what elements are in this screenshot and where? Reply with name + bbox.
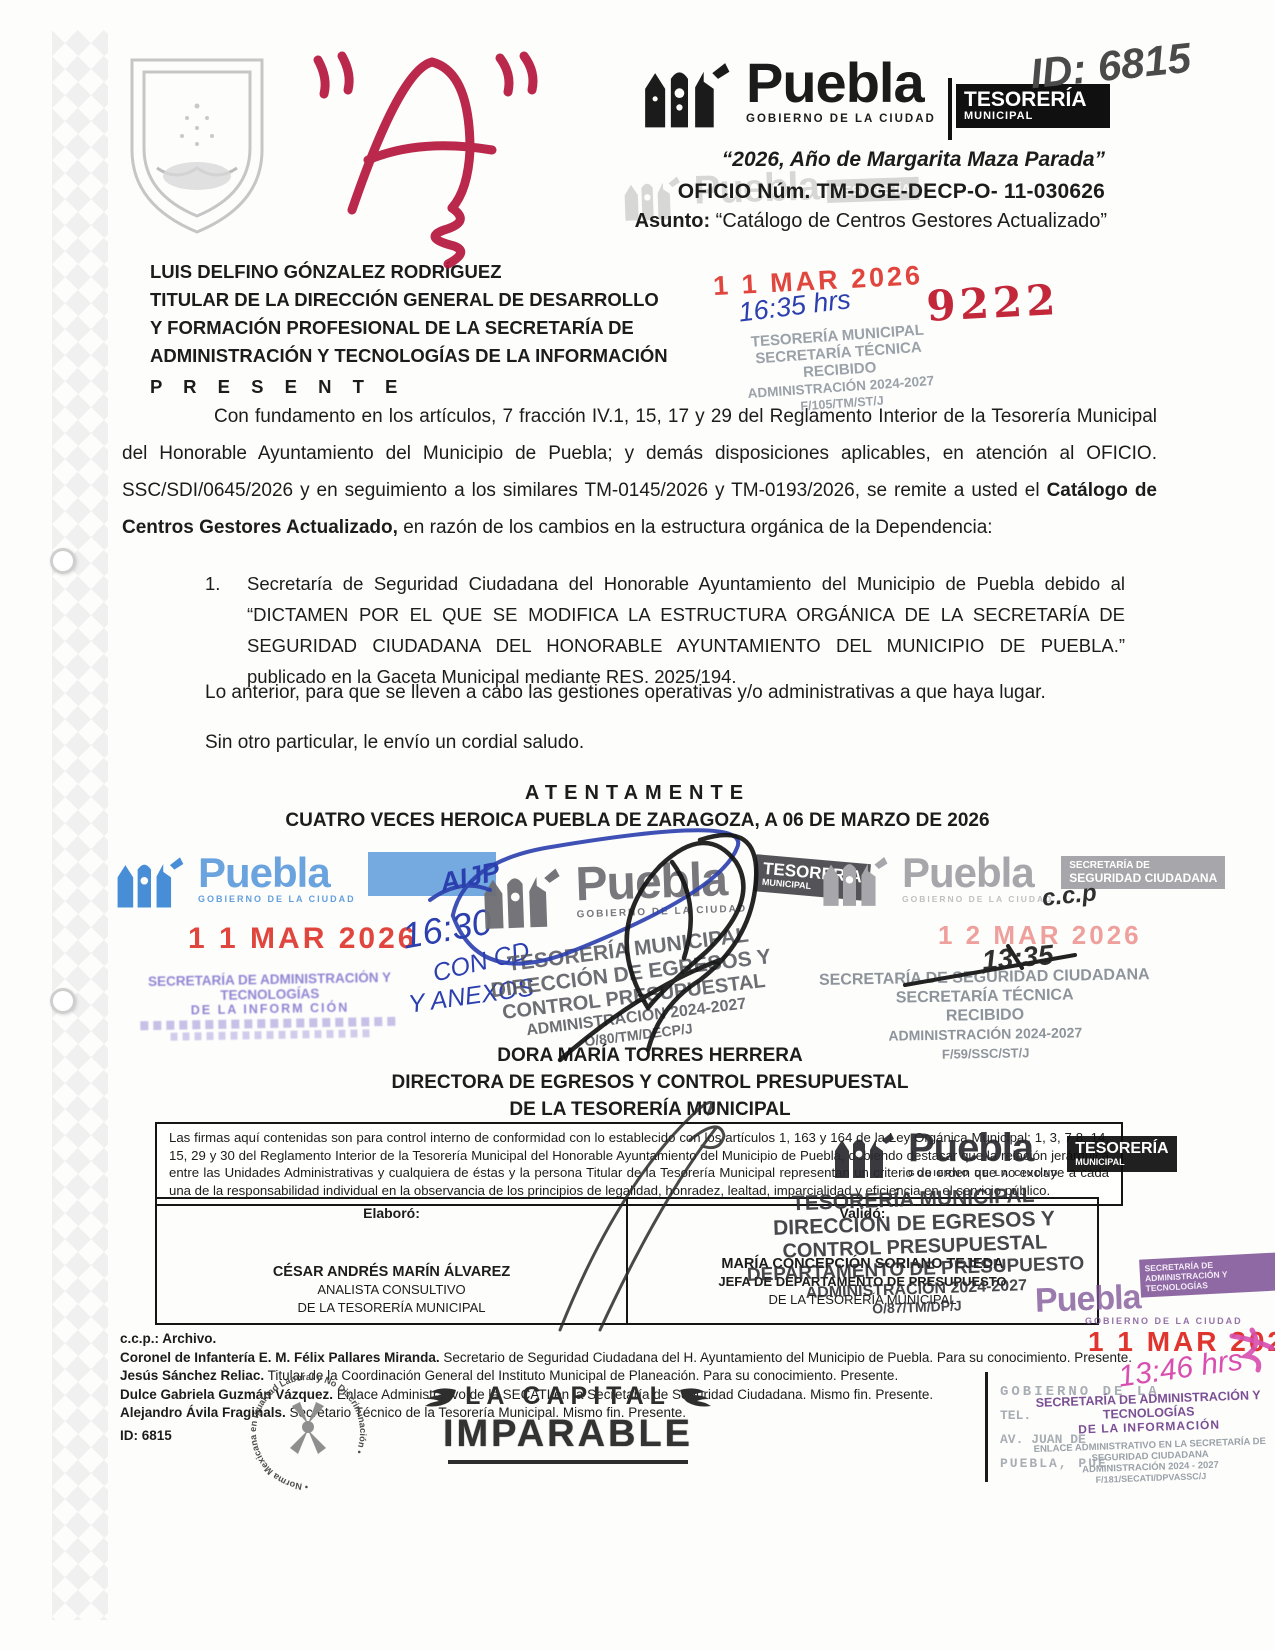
satI-blue-puebla-stamp: Puebla GOBIERNO DE LA CIUDAD [112, 852, 496, 914]
seguridad-box-line1: SECRETARÍA DE [1069, 861, 1217, 872]
header-puebla-logo: Puebla GOBIERNO DE LA CIUDAD [638, 55, 936, 137]
purple-box-text: SECRETARÍA DE ADMINISTRACIÓN Y TECNOLOGÍ… [1144, 1260, 1227, 1294]
body-paragraph-2: Lo anterior, para que se lleven a cabo l… [205, 678, 1157, 708]
punch-hole-bottom [50, 988, 76, 1014]
footer-stamp-divider [985, 1372, 988, 1482]
scanned-oficio-document: Puebla GOBIERNO DE LA CIUDAD TESORERÍA M… [0, 0, 1275, 1650]
list-item-number: 1. [205, 568, 247, 692]
ccp-item-1-rest: Secretario de Seguridad Ciudadana del H.… [440, 1350, 1132, 1365]
signer-block: DORA MARÍA TORRES HERRERA DIRECTORA DE E… [320, 1042, 980, 1123]
valido-stamp-word: Puebla [908, 1128, 1059, 1168]
egresos-puebla-stamp: Puebla GOBIERNO DE LA CIUDAD TESORERÍA M… [477, 851, 871, 937]
elaboro-name-block: CÉSAR ANDRÉS MARÍN ÁLVAREZ ANALISTA CONS… [157, 1263, 626, 1317]
recipient-block: LUIS DELFINO GÓNZALEZ RODRÍGUEZ TITULAR … [150, 258, 668, 401]
capital-imparable-logo: LA CAPITAL IMPARABLE [418, 1382, 718, 1464]
ccp-item-1-name: Coronel de Infantería E. M. Félix Pallar… [120, 1350, 440, 1365]
wing-right-icon [679, 1386, 713, 1408]
signer-title-1: DIRECTORA DE EGRESOS Y CONTROL PRESUPUES… [320, 1069, 980, 1096]
seguridad-puebla-stamp: Puebla GOBIERNO DE LA CIUDAD SECRETARÍA … [818, 852, 1225, 912]
subject-text: “Catálogo de Centros Gestores Actualizad… [710, 210, 1107, 232]
received-stamp-top: 1 1 MAR 2026 16:35 hrs 9222 TESORERÍA MU… [674, 251, 1101, 421]
blue-stamp-sub: GOBIERNO DE LA CIUDAD [198, 894, 356, 904]
puebla-wordmark-sub: GOBIERNO DE LA CIUDAD [746, 113, 936, 125]
elaboro-title-2: DE LA TESORERÍA MUNICIPAL [157, 1299, 626, 1317]
elaboro-title-1: ANALISTA CONSULTIVO [157, 1281, 626, 1299]
header-divider [948, 78, 952, 140]
puebla-skyline-icon [638, 55, 738, 137]
valido-box-line2: MUNICIPAL [1075, 1158, 1168, 1167]
atentamente-line: ATENTAMENTE [0, 782, 1275, 805]
signer-name: DORA MARÍA TORRES HERRERA [320, 1042, 980, 1069]
recipient-title-1: TITULAR DE LA DIRECCIÓN GENERAL DE DESAR… [150, 286, 668, 314]
ccp-archivo: c.c.p.: Archivo. [120, 1330, 1180, 1349]
recipient-name: LUIS DELFINO GÓNZALEZ RODRÍGUEZ [150, 258, 668, 286]
oficio-number-line: OFICIO Núm. TM-DGE-DECP-O- 11-030626 [678, 180, 1105, 204]
purple-puebla-sub: GOBIERNO DE LA CIUDAD [1085, 1316, 1243, 1326]
footer-satI-stamp: SECRETARÍA DE ADMINISTRACIÓN Y TECNOLOGÍ… [1020, 1388, 1275, 1488]
capital-text: LA CAPITAL [465, 1382, 671, 1411]
ccp-item-2-name: Jesús Sánchez Reliac. [120, 1368, 264, 1383]
handwritten-id-annotation: ID: 6815 [1028, 34, 1193, 99]
wing-left-icon [423, 1386, 457, 1408]
egresos-stamp-word: Puebla [575, 855, 747, 909]
punch-hole-top [50, 548, 76, 574]
valido-puebla-stamp: Puebla GOBIERNO DE LA CIUDAD TESORERÍA M… [830, 1128, 1177, 1184]
list-item-text: Secretaría de Seguridad Ciudadana del Ho… [247, 568, 1125, 692]
satI-blurred-line1 [140, 1017, 400, 1031]
blue-stamp-date: 1 1 MAR 2026 [188, 922, 417, 956]
elaboro-name: CÉSAR ANDRÉS MARÍN ÁLVAREZ [157, 1263, 626, 1281]
body-paragraph-3: Sin otro particular, le envío un cordial… [205, 728, 1157, 758]
red-marker-annotation [318, 56, 533, 264]
valido-stamp-sub: GOBIERNO DE LA CIUDAD [908, 1168, 1059, 1178]
recipient-title-3: ADMINISTRACIÓN Y TECNOLOGÍAS DE LA INFOR… [150, 342, 668, 370]
puebla-wordmark: Puebla [746, 55, 936, 111]
imparable-underline [448, 1460, 688, 1464]
norma-mexicana-badge: • Norma Mexicana en Igualdad Laboral y N… [248, 1372, 368, 1492]
ccp-item-1: Coronel de Infantería E. M. Félix Pallar… [120, 1349, 1180, 1368]
city-shield-watermark-icon [112, 48, 282, 243]
paragraph1-text: Con fundamento en los artículos, 7 fracc… [122, 406, 1157, 501]
satI-purple-box-fragment: SECRETARÍA DE ADMINISTRACIÓN Y TECNOLOGÍ… [1139, 1252, 1275, 1297]
elaboro-cell: Elaboró: CÉSAR ANDRÉS MARÍN ÁLVAREZ ANAL… [157, 1199, 626, 1323]
satI-blurred-line2 [170, 1029, 370, 1040]
badge-figure-icon [290, 1402, 326, 1454]
valido-box-line1: TESORERÍA [1075, 1141, 1168, 1158]
body-paragraph-1: Con fundamento en los artículos, 7 fracc… [122, 398, 1157, 546]
signer-title-2: DE LA TESORERÍA MUNICIPAL [320, 1096, 980, 1123]
imparable-text: IMPARABLE [418, 1413, 718, 1456]
recipient-title-2: Y FORMACIÓN PROFESIONAL DE LA SECRETARÍA… [150, 314, 668, 342]
valido-tesoreria-box: TESORERÍA MUNICIPAL [1067, 1136, 1176, 1172]
seguridad-stamp-word: Puebla [902, 852, 1053, 894]
list-item-1: 1. Secretaría de Seguridad Ciudadana del… [205, 568, 1125, 692]
paragraph1-text-2: en razón de los cambios en la estructura… [398, 517, 993, 538]
year-legend: “2026, Año de Margarita Maza Parada” [722, 148, 1105, 172]
satI-org-stamp-text: SECRETARÍA DE ADMINISTRACIÓN Y TECNOLOGÍ… [99, 969, 440, 1044]
subject-line: Asunto: “Catálogo de Centros Gestores Ac… [635, 210, 1107, 233]
elaboro-label: Elaboró: [157, 1205, 626, 1221]
seguridad-stamp-sub: GOBIERNO DE LA CIUDAD [902, 894, 1053, 904]
recipient-presente: P R E S E N T E [150, 373, 668, 401]
subject-label: Asunto: [635, 210, 711, 232]
purple-puebla-word: Puebla [1034, 1280, 1141, 1318]
ccp-handwritten-mark: c.c.p [1041, 879, 1098, 913]
closing-date-line: CUATRO VECES HEROICA PUEBLA DE ZARAGOZA,… [0, 810, 1275, 832]
blue-stamp-word: Puebla [198, 852, 356, 894]
tesoreria-box-line2: MUNICIPAL [964, 111, 1102, 123]
